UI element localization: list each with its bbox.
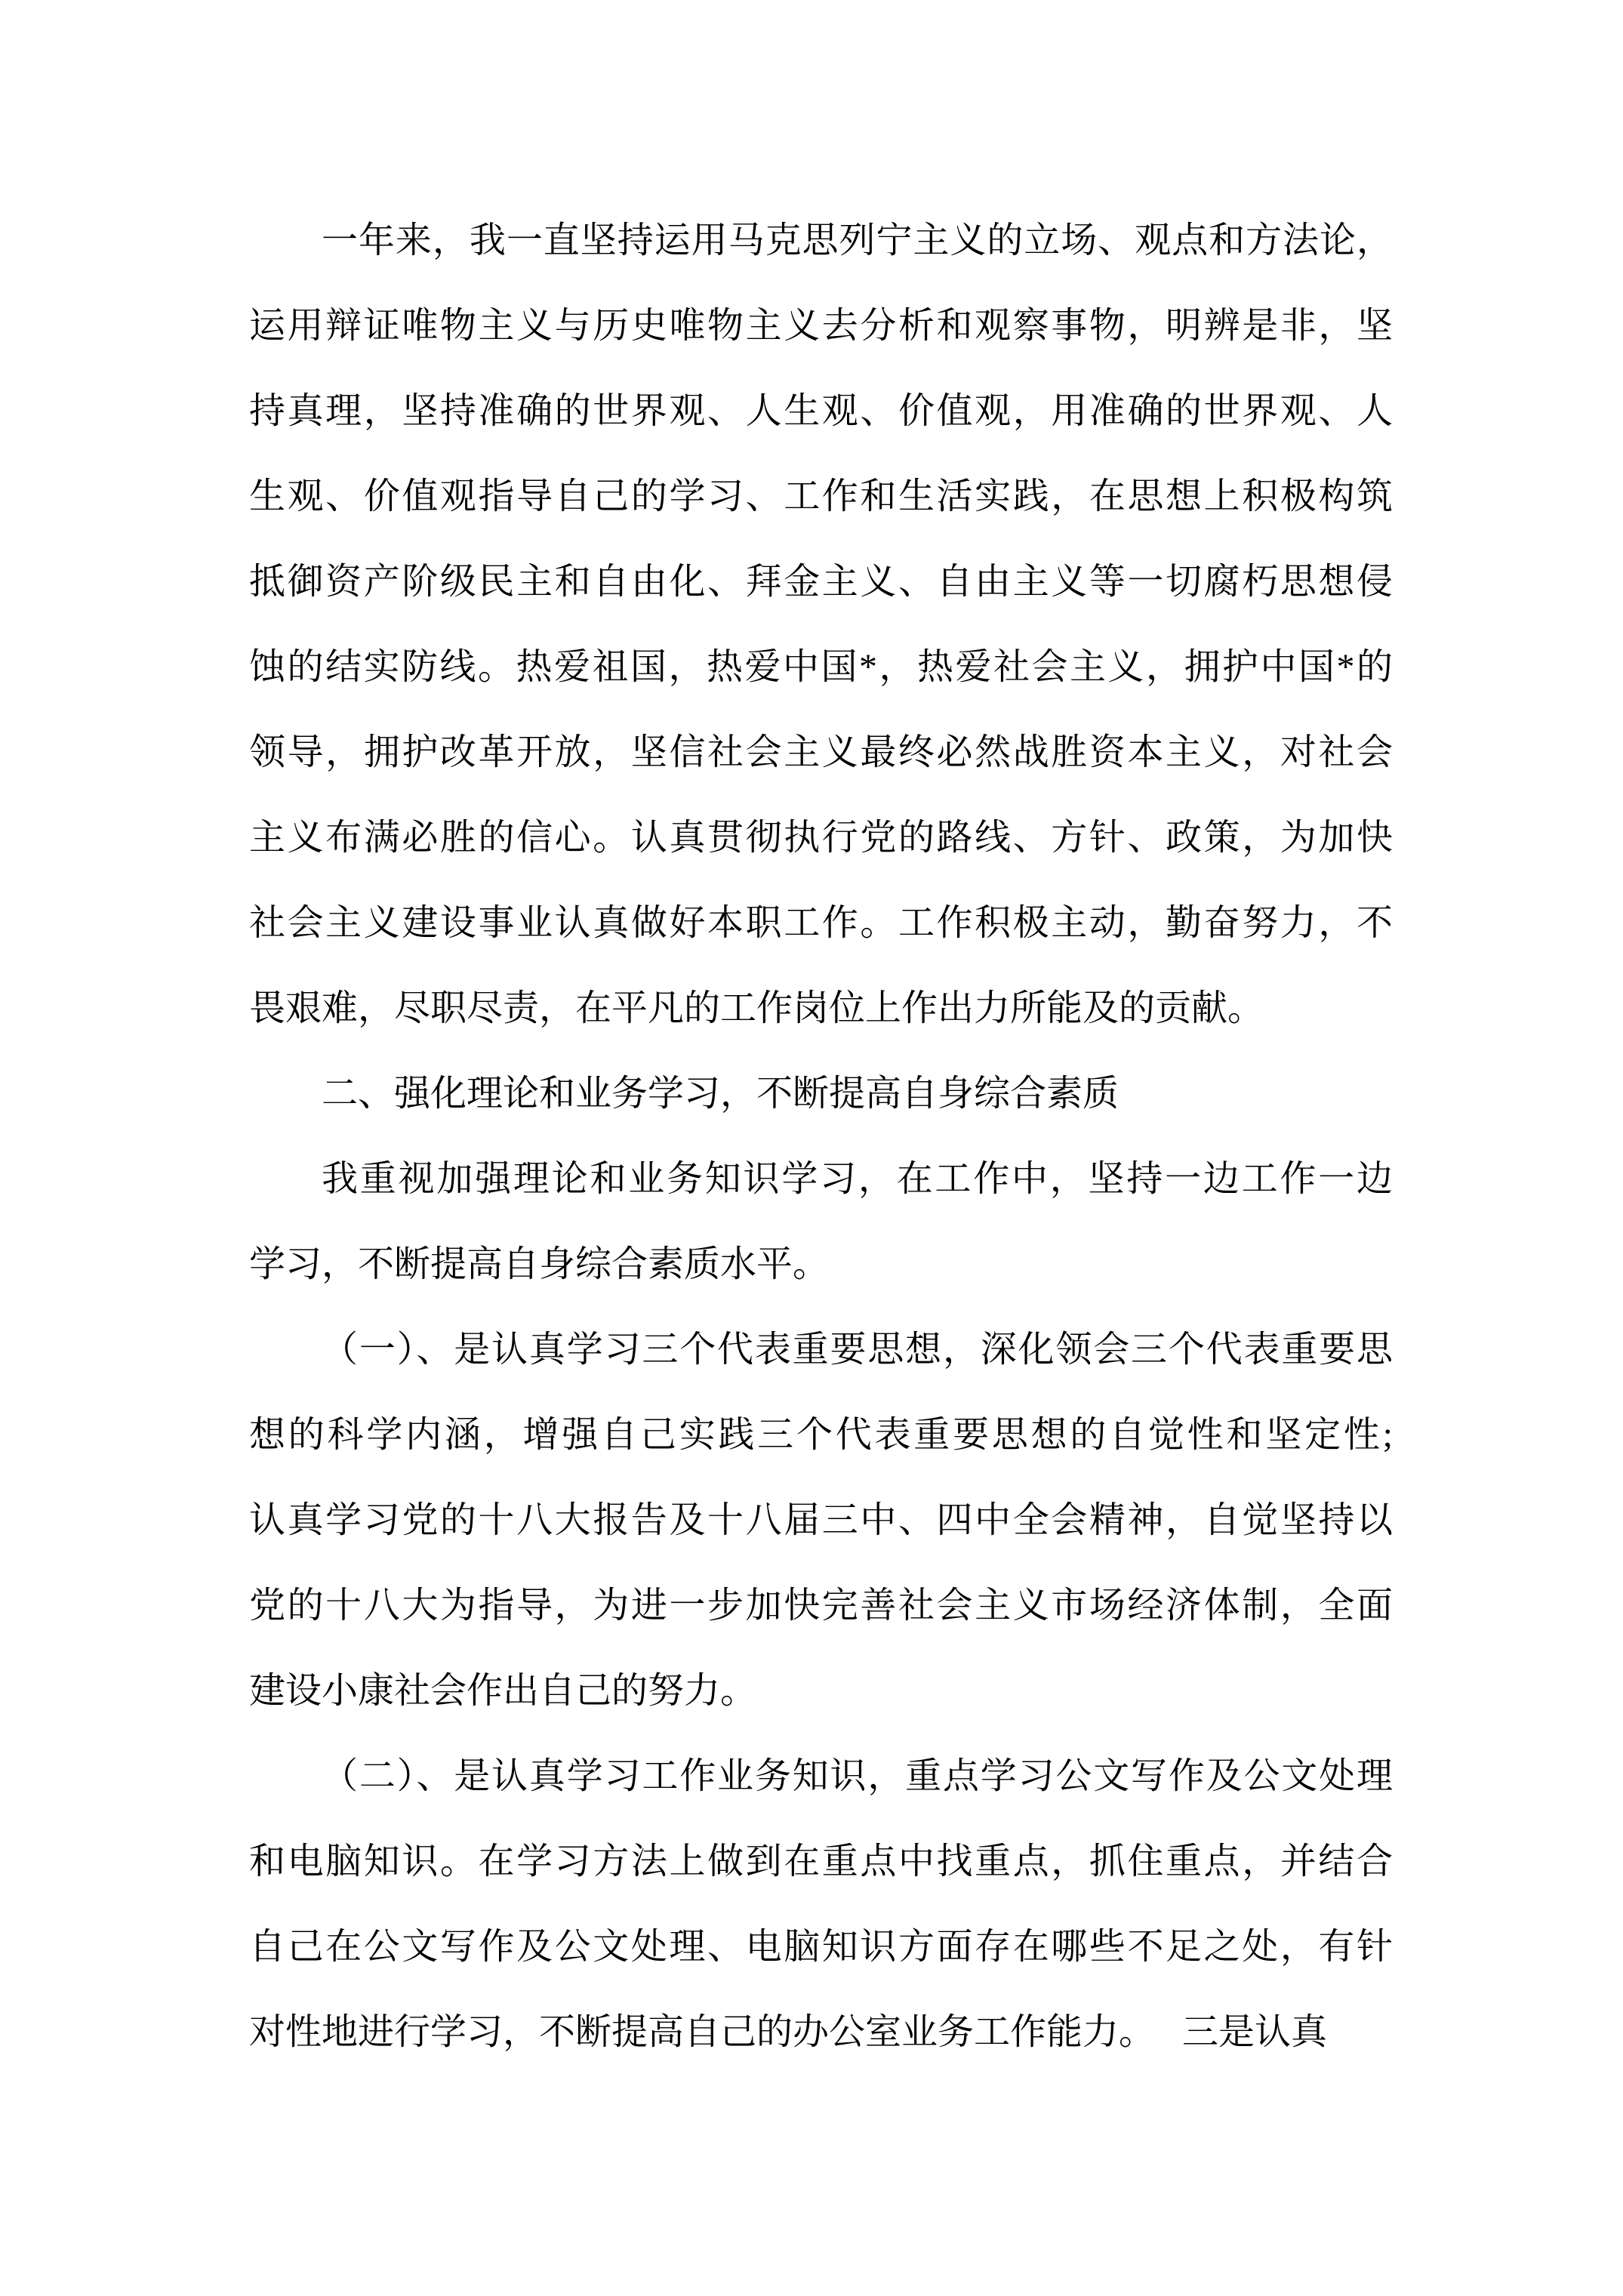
text-line: 和电脑知识。在学习方法上做到在重点中找重点，抓住重点，并结合 [249,1819,1393,1904]
text-line: 想的科学内涵，增强自己实践三个代表重要思想的自觉性和坚定性; [249,1392,1393,1478]
text-line: 建设小康社会作出自己的努力。 [249,1648,1393,1734]
text-line: （一）、是认真学习三个代表重要思想，深化领会三个代表重要思 [249,1307,1393,1392]
text-line: （二）、是认真学习工作业务知识，重点学习公文写作及公文处理 [249,1734,1393,1819]
text-line: 社会主义建设事业认真做好本职工作。工作积极主动，勤奋努力，不 [249,880,1393,966]
section-heading: 二、强化理论和业务学习，不断提高自身综合素质 [249,1051,1393,1136]
text-line: 生观、价值观指导自己的学习、工作和生活实践，在思想上积极构筑 [249,454,1393,539]
document-page: 一年来，我一直坚持运用马克思列宁主义的立场、观点和方法论， 运用辩证唯物主义与历… [0,0,1623,2296]
text-line: 自己在公文写作及公文处理、电脑知识方面存在哪些不足之处，有针 [249,1904,1393,1989]
text-line: 党的十八大为指导，为进一步加快完善社会主义市场经济体制，全面 [249,1563,1393,1648]
text-line: 一年来，我一直坚持运用马克思列宁主义的立场、观点和方法论， [249,198,1393,283]
text-block: 一年来，我一直坚持运用马克思列宁主义的立场、观点和方法论， 运用辩证唯物主义与历… [249,198,1393,2075]
text-line: 我重视加强理论和业务知识学习，在工作中，坚持一边工作一边 [249,1136,1393,1222]
text-line: 畏艰难，尽职尽责，在平凡的工作岗位上作出力所能及的贡献。 [249,966,1393,1051]
text-line: 主义布满必胜的信心。认真贯彻执行党的路线、方针、政策，为加快 [249,795,1393,880]
text-line: 认真学习党的十八大报告及十八届三中、四中全会精神，自觉坚持以 [249,1478,1393,1563]
text-line: 持真理，坚持准确的世界观、人生观、价值观，用准确的世界观、人 [249,368,1393,454]
text-line: 学习，不断提高自身综合素质水平。 [249,1222,1393,1307]
text-line: 领导，拥护改革开放，坚信社会主义最终必然战胜资本主义，对社会 [249,710,1393,795]
text-line: 对性地进行学习，不断提高自己的办公室业务工作能力。 三是认真 [249,1989,1393,2075]
text-line: 抵御资产阶级民主和自由化、拜金主义、自由主义等一切腐朽思想侵 [249,539,1393,624]
text-line: 运用辩证唯物主义与历史唯物主义去分析和观察事物，明辨是非，坚 [249,283,1393,368]
text-line: 蚀的结实防线。热爱祖国，热爱中国*，热爱社会主义，拥护中国*的 [249,624,1393,710]
